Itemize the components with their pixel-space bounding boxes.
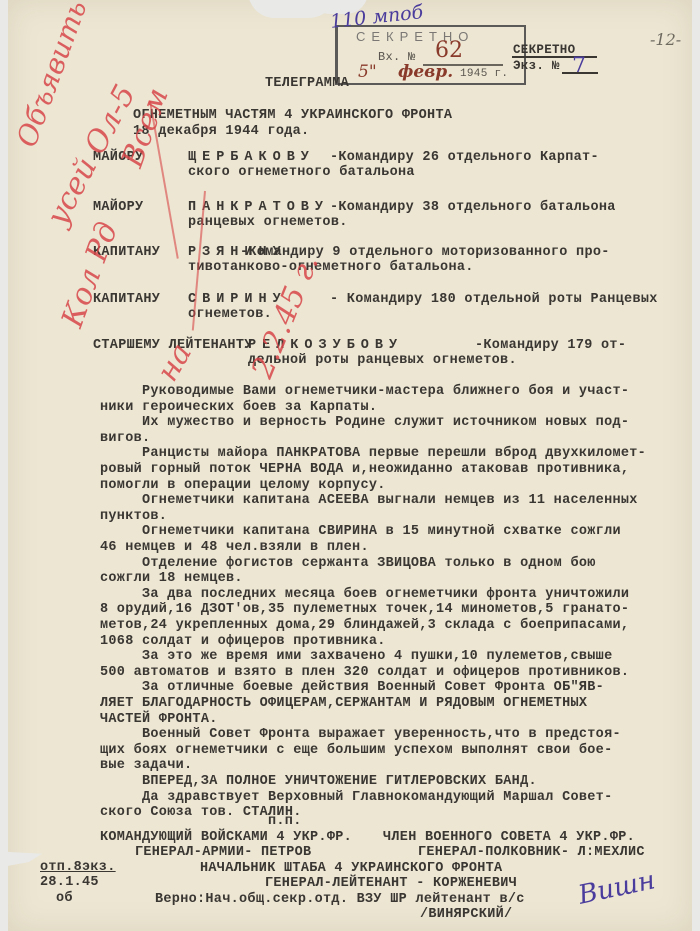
body-line: ровый горный поток ЧЕРНА ВОДА и,неожидан… [100,462,629,477]
recipient-role: -Командиру 38 отдельного батальона [330,200,616,215]
body-line: За отличные боевые действия Военный Сове… [100,680,604,695]
body-line: За два последних месяца боев огнеметчики… [100,587,629,602]
council-member-title: ЧЛЕН ВОЕННОГО СОВЕТА 4 УКР.ФР. [383,830,635,845]
body-line: Огнеметчики капитана СВИРИНА в 15 минутн… [100,524,621,539]
body-line: Огнеметчики капитана АСЕЕВА выгнали немц… [100,493,638,508]
body-line: ники героических боев за Карпаты. [100,400,377,415]
telegram-title: ТЕЛЕГРАММА [265,76,349,91]
body-line: помогли в операции целому корпусу. [100,478,386,493]
recipient-role-cont: огнеметов. [188,307,272,322]
body-line: метов,24 укрепленных дома,29 блиндажей,3… [100,618,629,633]
stamp-date-day: 5" [358,62,377,82]
body-line: За это же время ими захвачено 4 пушки,10… [100,649,612,664]
recipient-role-cont: ранцевых огнеметов. [188,215,348,230]
verified-name: /ВИНЯРСКИЙ/ [420,907,512,922]
copies-note: отп.8экз. [40,860,116,875]
body-line: пунктов. [100,509,167,524]
body-line: 46 немцев и 48 чел.взяли в плен. [100,540,369,555]
chief-of-staff-title: НАЧАЛЬНИК ШТАБА 4 УКРАИНСКОГО ФРОНТА [200,861,502,876]
body-line: Да здравствует Верховный Главнокомандующ… [100,790,612,805]
recipient-role: -Командиру 26 отдельного Карпат- [330,150,599,165]
verified-by: Верно:Нач.общ.секр.отд. ВЗУ ШР лейтенант… [155,892,525,907]
body-line: вые задачи. [100,758,192,773]
page-number: -12- [650,30,681,49]
body-line: вигов. [100,431,150,446]
recipient-role: - Командиру 180 отдельной роты Ранцевых [330,292,658,307]
copy-number: 7 [572,54,586,79]
body-line: Военный Совет Фронта выражает уверенност… [100,727,621,742]
body-line: сожгли 18 немцев. [100,571,243,586]
print-date: 28.1.45 [40,875,99,890]
body-line: 500 автоматов и взято в плен 320 солдат … [100,665,629,680]
body-line: 8 орудий,16 ДЗОТ'ов,35 пулеметных точек,… [100,602,629,617]
stamp-date-month: февр. [398,62,453,82]
copy-underline [562,72,598,74]
commander-title: КОМАНДУЮЩИЙ ВОЙСКАМИ 4 УКР.ФР. [100,830,352,845]
body-line: ЧАСТЕЙ ФРОНТА. [100,712,218,727]
body-line: щих боях огнеметчики с еще большим успех… [100,743,612,758]
commander-name: ГЕНЕРАЛ-АРМИИ- ПЕТРОВ [135,845,311,860]
recipient-rank: МАЙОРУ [93,200,143,215]
recipient-role-cont: тивотанково-огнеметного батальона. [188,260,474,275]
recipient-rank: КАПИТАНУ [93,292,160,307]
chief-of-staff-name: ГЕНЕРАЛ-ЛЕЙТЕНАНТ - КОРЖЕНЕВИЧ [265,876,517,891]
copy-label: Экз. № [513,59,560,74]
stamp-date-year: 1945 г. [460,67,508,82]
recipient-name: ПАНКРАТОВУ [188,200,329,215]
recipient-role: -Командиру 179 от- [475,338,626,353]
body-line: ВПЕРЕД,ЗА ПОЛНОЕ УНИЧТОЖЕНИЕ ГИТЛЕРОВСКИ… [100,774,537,789]
body-line: ЛЯЕТ БЛАГОДАРНОСТЬ ОФИЦЕРАМ,СЕРЖАНТАМ И … [100,696,587,711]
addressee: ОГНЕМЕТНЫМ ЧАСТЯМ 4 УКРАИНСКОГО ФРОНТА [133,108,452,123]
body-line: Ранцисты майора ПАНКРАТОВА первые перешл… [100,446,646,461]
body-line: Отделение фогистов сержанта ЗВИЦОВА толь… [100,556,596,571]
recipient-name: ЩЕРБАКОВУ [188,150,315,165]
stamp-in-number: 62 [435,38,463,63]
body-line: Их мужество и верность Родине служит ист… [100,415,629,430]
recipient-role-cont: ского огнеметного батальона [188,165,415,180]
body-line: 1068 солдат и офицеров противника. [100,634,386,649]
typist-mark: об [56,891,73,906]
pp-mark: п.п. [268,814,302,829]
council-member-name: ГЕНЕРАЛ-ПОЛКОВНИК- Л:МЕХЛИС [418,845,645,860]
